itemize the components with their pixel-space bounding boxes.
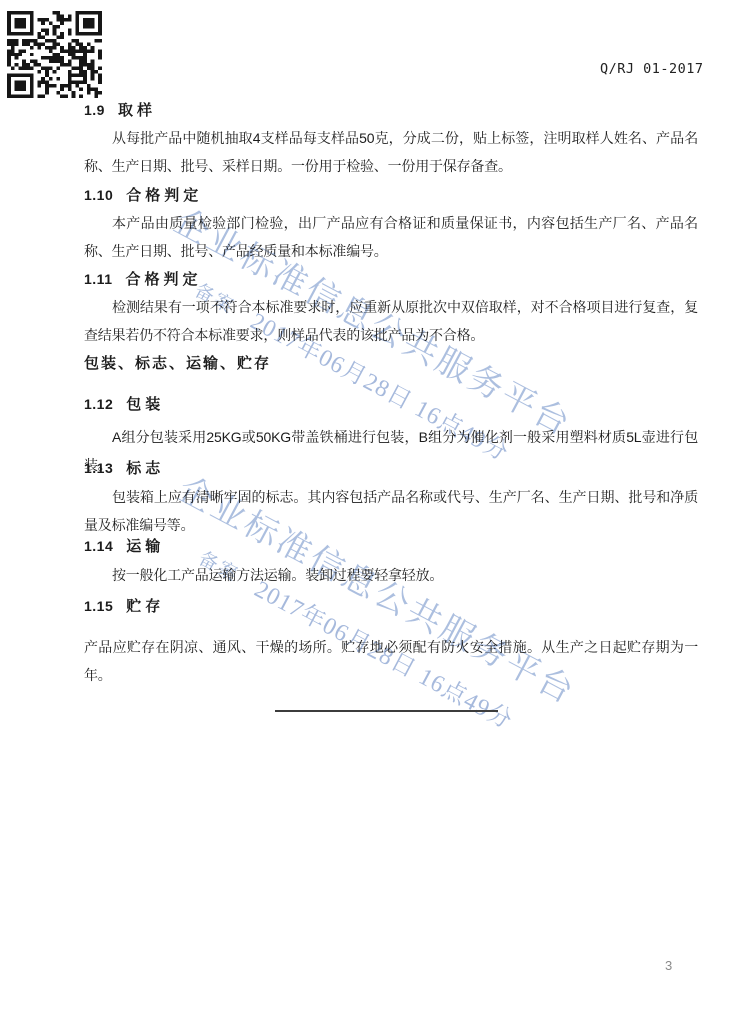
document-page: 企业标准信息公共服务平台 备案 2017年06月28日 16点49分 企业标准信… <box>0 0 748 1009</box>
section-body-1-9: 从每批产品中随机抽取4支样品每支样品50克，分成二份，贴上标签，注明取样人姓名、… <box>84 124 698 180</box>
section-heading-1-10: 1.10 合格判定 <box>84 185 202 206</box>
end-of-text-rule <box>275 710 498 712</box>
section-number: 1.11 <box>84 269 112 289</box>
section-title: 合格判定 <box>125 270 201 290</box>
section-heading-1-13: 1.13 标志 <box>84 458 164 479</box>
section-heading-1-14: 1.14 运输 <box>84 536 164 557</box>
section-number: 1.10 <box>84 185 113 205</box>
section-title: 包装 <box>126 395 164 415</box>
section-number: 1.15 <box>84 596 113 616</box>
qr-code-icon <box>7 11 102 98</box>
section-title: 标志 <box>126 459 164 479</box>
section-heading-1-15: 1.15 贮存 <box>84 596 164 617</box>
page-number: 3 <box>665 958 673 973</box>
section-number: 1.14 <box>84 536 113 556</box>
section-body-1-13: 包装箱上应有清晰牢固的标志。其内容包括产品名称或代号、生产厂名、生产日期、批号和… <box>84 483 698 539</box>
section-body-1-10: 本产品由质量检验部门检验，出厂产品应有合格证和质量保证书，内容包括生产厂名、产品… <box>84 209 698 265</box>
section-title: 运输 <box>126 537 164 557</box>
section-heading-1-12: 1.12 包装 <box>84 394 164 415</box>
section-number: 1.9 <box>84 100 105 120</box>
section-title: 取样 <box>118 101 156 121</box>
section-heading-1-9: 1.9 取样 <box>84 100 156 121</box>
section-body-1-14: 按一般化工产品运输方法运输。装卸过程要轻拿轻放。 <box>84 561 698 589</box>
section-body-1-15: 产品应贮存在阴凉、通风、干燥的场所。贮存地必须配有防火安全措施。从生产之日起贮存… <box>84 633 698 689</box>
section-number: 1.12 <box>84 394 113 414</box>
section-body-1-12: A组分包装采用25KG或50KG带盖铁桶进行包装，B组分为催化剂一般采用塑料材质… <box>84 423 698 479</box>
group-heading-packaging: 包装、标志、运输、贮存 <box>84 354 271 374</box>
section-title: 合格判定 <box>126 186 202 206</box>
section-body-1-11: 检测结果有一项不符合本标准要求时，应重新从原批次中双倍取样，对不合格项目进行复查… <box>84 293 698 349</box>
section-heading-1-11: 1.11 合格判定 <box>84 269 202 290</box>
document-code: Q/RJ 01-2017 <box>600 61 704 77</box>
section-number: 1.13 <box>84 458 113 478</box>
section-title: 贮存 <box>126 597 164 617</box>
